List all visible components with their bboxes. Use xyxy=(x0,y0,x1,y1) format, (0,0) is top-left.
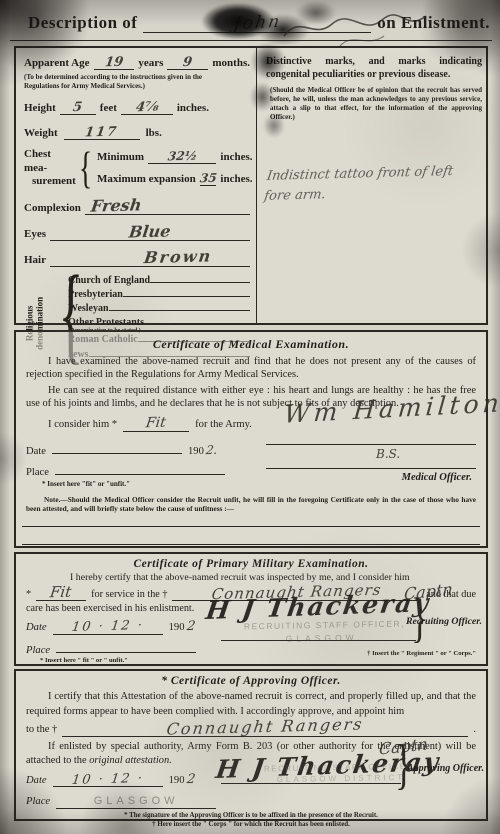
distinctive-marks-heading: Distinctive marks, and marks indicating … xyxy=(266,56,482,81)
medical-certificate-box: Certificate of Medical Examination. I ha… xyxy=(14,330,488,548)
chest-max-value: 35 xyxy=(200,172,217,186)
approving-date-value: 10 · 12 · xyxy=(53,773,163,788)
approving-period: . xyxy=(473,724,476,735)
distinctive-marks-entry: Indistinct tattoo front of left fore arm… xyxy=(266,164,482,203)
age-months-value: 9 xyxy=(167,56,208,70)
chest-max-label: Maximum expansion xyxy=(97,173,196,185)
chest-min-row: Minimum 32½ inches. xyxy=(97,150,253,164)
complexion-label: Complexion xyxy=(24,202,81,214)
primary-line2-mid: for service in the † xyxy=(91,589,167,600)
primary-asterisk: * xyxy=(26,589,31,600)
primary-line1: I hereby certify that the above-named re… xyxy=(26,572,476,583)
medical-officer-label: Medical Officer. xyxy=(402,472,472,483)
distinctive-marks-column: Distinctive marks, and marks indicating … xyxy=(266,56,482,203)
eyes-label: Eyes xyxy=(24,228,46,240)
height-inches-value: 4⅞ xyxy=(121,101,173,115)
approving-place-line: GLASGOW xyxy=(56,796,216,809)
primary-footnote-right: † Insert the " Regiment " or " Corps." xyxy=(367,650,476,659)
chest-max-unit: inches. xyxy=(220,173,252,185)
recruit-name-line: John xyxy=(143,15,371,33)
approving-date-label: Date xyxy=(26,775,47,786)
eyes-row: Eyes Blue xyxy=(24,224,250,241)
primary-line2-end: and that due xyxy=(426,589,476,600)
unfitness-line-2 xyxy=(22,544,480,545)
consider-row: I consider him * Fit for the Army. xyxy=(26,416,476,432)
unfitness-line-1 xyxy=(22,526,480,527)
chest-label: Chest mea- surement xyxy=(24,148,76,188)
primary-fit-value: Fit xyxy=(36,585,86,601)
weight-label: Weight xyxy=(24,127,58,139)
primary-date-label: Date xyxy=(26,622,47,633)
weight-row: Weight 117 lbs. xyxy=(24,126,250,140)
complexion-value: Fresh xyxy=(85,198,250,215)
chest-min-value: 32½ xyxy=(148,150,216,164)
medical-note: Note.—Should the Medical Officer conside… xyxy=(26,495,476,514)
approving-para1: I certify that this Attestation of the a… xyxy=(26,689,476,719)
medical-signature-line xyxy=(266,444,476,445)
height-label: Height xyxy=(24,102,56,114)
months-label: months. xyxy=(212,57,250,69)
medical-place-line xyxy=(55,474,225,475)
height-feet-value: 5 xyxy=(60,101,96,115)
consider-prefix: I consider him * xyxy=(48,419,117,430)
religion-row: Wesleyan xyxy=(68,303,250,314)
lbs-label: lbs. xyxy=(146,127,162,139)
recruit-name-handwriting: John xyxy=(232,14,282,33)
chest-max-row: Maximum expansion 35 inches. xyxy=(97,172,253,186)
apparent-age-label: Apparent Age xyxy=(24,57,90,69)
description-left-column: Apparent Age 19 years 9 months. (To be d… xyxy=(24,56,250,371)
primary-regiment-value: Connaught Rangers xyxy=(172,585,421,601)
primary-certificate-box: Certificate of Primary Military Examinat… xyxy=(14,552,488,666)
feet-label: feet xyxy=(100,102,117,114)
header-title-suffix: on Enlistment. xyxy=(377,13,490,33)
description-box: Apparent Age 19 years 9 months. (To be d… xyxy=(14,46,488,325)
distinctive-marks-note: (Should the Medical Officer be of opinio… xyxy=(266,86,482,122)
medical-date-label: Date xyxy=(26,446,46,457)
recruiting-officer-label: Recruiting Officer. xyxy=(406,616,482,627)
apparent-age-note: (To be determined according to the instr… xyxy=(24,73,234,91)
years-label: years xyxy=(138,57,163,69)
age-years-value: 19 xyxy=(94,56,135,70)
approving-signature-line xyxy=(221,783,401,784)
approving-tothe-label: to the † xyxy=(26,724,57,735)
primary-place-line xyxy=(56,652,196,653)
primary-signature-line xyxy=(221,640,416,641)
eyes-value: Blue xyxy=(50,224,250,241)
medical-place-label: Place xyxy=(26,467,49,478)
medical-signature-line-2 xyxy=(266,468,476,469)
header-title-prefix: Description of xyxy=(28,13,137,33)
approving-officer-label: Approving Officer. xyxy=(407,763,484,774)
medical-para2: He can see at the required distance with… xyxy=(26,384,476,411)
religion-row: Church of England xyxy=(68,275,250,286)
approving-certificate-box: * Certificate of Approving Officer. I ce… xyxy=(14,669,488,821)
scanned-enlistment-form: Description of John on Enlistment. Appar… xyxy=(0,0,500,834)
medical-year-printed: 190 xyxy=(188,446,204,457)
consider-suffix: for the Army. xyxy=(195,419,252,430)
place-glasgow-stamp: GLASGOW xyxy=(94,795,179,807)
chest-min-label: Minimum xyxy=(97,151,144,163)
form-header: Description of John on Enlistment. xyxy=(28,13,490,33)
primary-date-value: 10 · 12 · xyxy=(53,620,163,635)
approving-footnote2: † Here insert the " Corps " for which th… xyxy=(26,821,476,830)
approving-year-printed: 190 xyxy=(169,775,185,786)
primary-place-label: Place xyxy=(26,645,50,656)
approving-year-hand: 2 xyxy=(186,772,196,787)
height-row: Height 5 feet 4⅞ inches. xyxy=(24,101,250,115)
header-rule xyxy=(10,40,492,41)
approving-place-row: Place GLASGOW xyxy=(26,796,476,809)
apparent-age-row: Apparent Age 19 years 9 months. xyxy=(24,56,250,70)
medical-para1: I have examined the above-named recruit … xyxy=(26,355,476,382)
column-divider xyxy=(256,48,257,323)
inches-label: inches. xyxy=(177,102,209,114)
hair-label: Hair xyxy=(24,254,46,266)
religion-row: Presbyterian xyxy=(68,289,250,300)
complexion-row: Complexion Fresh xyxy=(24,198,250,215)
approving-title: * Certificate of Approving Officer. xyxy=(26,675,476,687)
medical-title: Certificate of Medical Examination. xyxy=(26,337,476,352)
approving-footnote1: * The signature of the Approving Officer… xyxy=(26,812,476,821)
primary-year-hand: 2 xyxy=(186,619,196,634)
medical-date-line xyxy=(52,453,182,454)
chest-measurement-block: Chest mea- surement { Minimum 32½ inches… xyxy=(24,148,250,188)
chest-min-unit: inches. xyxy=(220,151,252,163)
weight-value: 117 xyxy=(64,126,140,140)
medical-year-hand: 2. xyxy=(205,443,218,457)
primary-year-printed: 190 xyxy=(169,622,185,633)
primary-line2: * Fit for service in the † Connaught Ran… xyxy=(26,585,476,601)
primary-line3: care has been exercised in his enlistmen… xyxy=(26,603,476,614)
primary-title: Certificate of Primary Military Examinat… xyxy=(26,558,476,570)
chest-brace: { xyxy=(79,146,92,190)
consider-fit-value: Fit xyxy=(123,416,189,432)
religion-row: Other Protestants xyxy=(68,317,250,328)
approving-place-label: Place xyxy=(26,796,50,807)
